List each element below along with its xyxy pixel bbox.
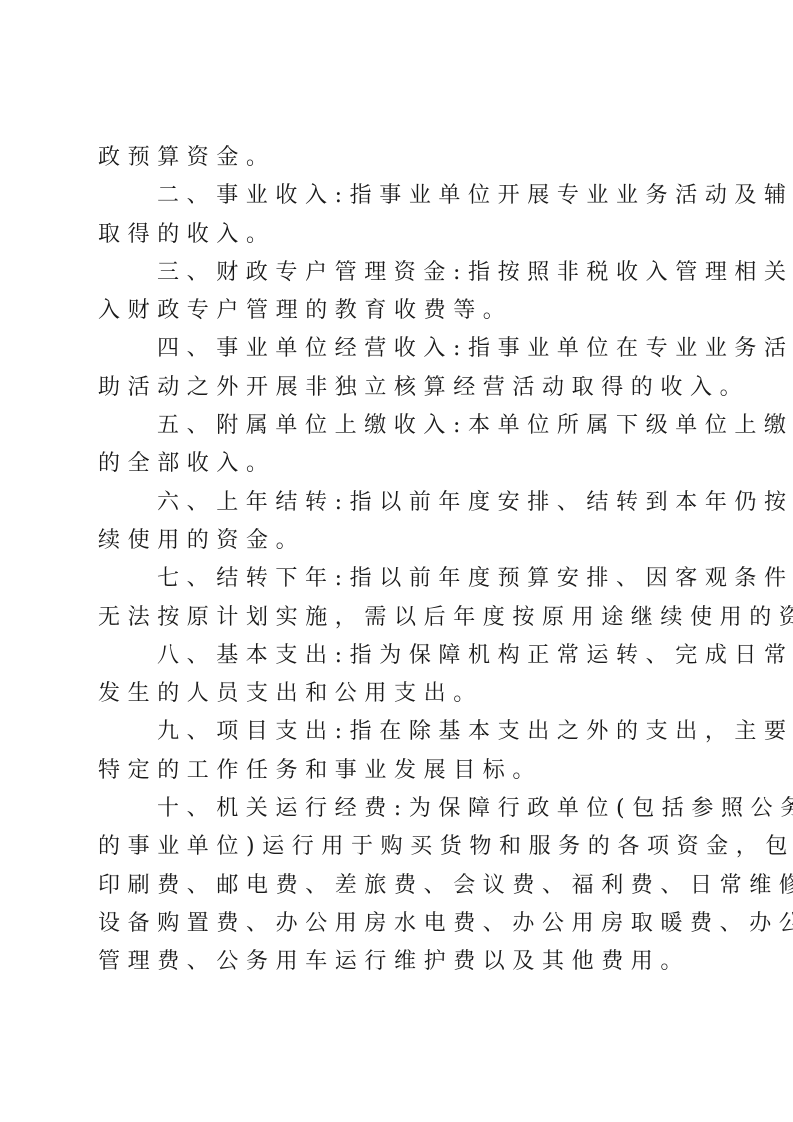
definition-3-line-1: 三、财政专户管理资金:指按照非税收入管理相关规定，纳 bbox=[98, 254, 698, 292]
definition-10-line-3: 印刷费、邮电费、差旅费、会议费、福利费、日常维修费、一般 bbox=[98, 867, 698, 905]
definition-10-line-1: 十、机关运行经费:为保障行政单位(包括参照公务员法管理 bbox=[98, 790, 698, 828]
definition-7-line-1: 七、结转下年:指以前年度预算安排、因客观条件发生变化 bbox=[98, 560, 698, 598]
definition-3-line-2: 入财政专户管理的教育收费等。 bbox=[98, 292, 698, 330]
definition-8-line-1: 八、基本支出:指为保障机构正常运转、完成日常工作任而 bbox=[98, 637, 698, 675]
definition-4-line-2: 助活动之外开展非独立核算经营活动取得的收入。 bbox=[98, 369, 698, 407]
definition-10-line-4: 设备购置费、办公用房水电费、办公用房取暖费、办公用房物业 bbox=[98, 905, 698, 943]
definition-5-line-1: 五、附属单位上缴收入:本单位所属下级单位上缴给本单位 bbox=[98, 407, 698, 445]
definition-4-line-1: 四、事业单位经营收入:指事业单位在专业业务活动及其辅 bbox=[98, 330, 698, 368]
definition-6-line-1: 六、上年结转:指以前年度安排、结转到本年仍按原用途继 bbox=[98, 484, 698, 522]
definition-5-line-2: 的全部收入。 bbox=[98, 445, 698, 483]
definition-2-line-1: 二、事业收入:指事业单位开展专业业务活动及辅助活动所 bbox=[98, 177, 698, 215]
definition-9-line-1: 九、项目支出:指在除基本支出之外的支出，主要用于完成 bbox=[98, 713, 698, 751]
document-page: 政预算资金。 二、事业收入:指事业单位开展专业业务活动及辅助活动所 取得的收入。… bbox=[98, 139, 698, 982]
definition-2-line-2: 取得的收入。 bbox=[98, 216, 698, 254]
definition-10-line-5: 管理费、公务用车运行维护费以及其他费用。 bbox=[98, 943, 698, 981]
definition-10-line-2: 的事业单位)运行用于购买货物和服务的各项资金，包括办公及 bbox=[98, 828, 698, 866]
text-line: 政预算资金。 bbox=[98, 139, 698, 177]
definition-7-line-2: 无法按原计划实施，需以后年度按原用途继续使用的资金。 bbox=[98, 599, 698, 637]
definition-8-line-2: 发生的人员支出和公用支出。 bbox=[98, 675, 698, 713]
definition-9-line-2: 特定的工作任务和事业发展目标。 bbox=[98, 752, 698, 790]
definition-6-line-2: 续使用的资金。 bbox=[98, 522, 698, 560]
